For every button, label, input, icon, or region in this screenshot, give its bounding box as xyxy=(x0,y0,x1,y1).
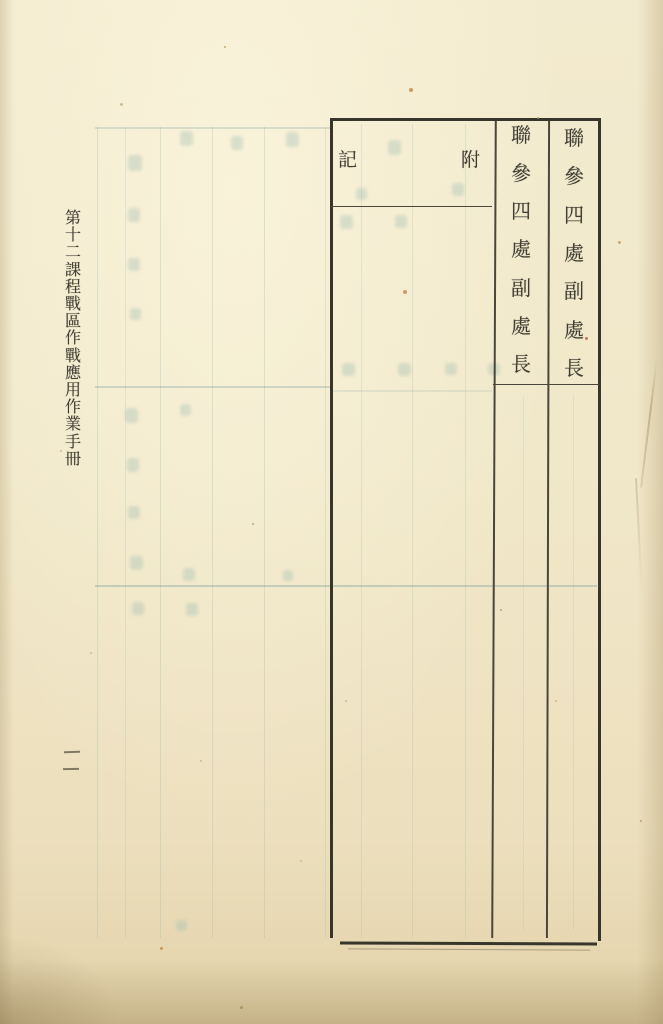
page-number-mark xyxy=(63,768,79,770)
ghost-character-blot xyxy=(127,458,139,472)
ghost-character-blot xyxy=(445,363,457,375)
paper-speck xyxy=(555,700,557,702)
scanned-document-page: 附記 聯參四處副處長 聯參四處副處長 第十二課程戰區作戰應用作業手冊 xyxy=(0,0,663,1024)
glyph: 冊 xyxy=(65,452,81,468)
ghost-character-blot xyxy=(128,506,140,519)
ghost-line xyxy=(95,127,330,129)
glyph: 記 xyxy=(338,151,357,170)
paper-speck xyxy=(403,290,407,294)
ghost-character-blot xyxy=(125,408,138,423)
signature-column-right: 聯參四處副處長 xyxy=(556,129,592,379)
ghost-character-blot xyxy=(180,404,191,416)
ghost-line xyxy=(97,127,98,938)
glyph: 十 xyxy=(65,228,81,244)
ghost-line xyxy=(95,585,597,587)
glyph: 參 xyxy=(511,164,531,184)
remarks-header: 附記 xyxy=(338,149,480,171)
ghost-character-blot xyxy=(283,570,293,581)
glyph: 四 xyxy=(511,202,531,222)
ghost-character-blot xyxy=(356,188,367,200)
paper-speck xyxy=(345,700,347,702)
table-divider-1 xyxy=(491,121,496,938)
glyph: 四 xyxy=(564,206,584,226)
glyph: 聯 xyxy=(511,126,531,146)
ghost-character-blot xyxy=(176,920,187,931)
page-edge-shading xyxy=(0,960,663,1024)
glyph: 長 xyxy=(564,359,584,379)
paper-speck xyxy=(585,337,588,340)
side-title: 第十二課程戰區作戰應用作業手冊 xyxy=(57,211,89,468)
glyph: 參 xyxy=(564,167,584,187)
glyph: 應 xyxy=(65,366,81,382)
table-border-left xyxy=(330,118,333,938)
paper-speck xyxy=(240,1006,243,1009)
glyph: 業 xyxy=(65,417,81,433)
ghost-character-blot xyxy=(180,131,193,146)
ghost-line xyxy=(361,124,362,938)
ghost-line xyxy=(333,390,492,392)
glyph: 附 xyxy=(461,151,480,170)
paper-speck xyxy=(60,450,62,452)
paper-speck xyxy=(537,117,539,119)
ghost-line xyxy=(465,124,466,938)
ghost-character-blot xyxy=(183,568,195,581)
ghost-character-blot xyxy=(340,215,353,229)
glyph: 區 xyxy=(65,314,81,330)
ghost-line xyxy=(412,124,413,938)
ghost-character-blot xyxy=(130,308,141,320)
glyph: 二 xyxy=(65,245,81,261)
ghost-character-blot xyxy=(128,208,140,222)
glyph: 用 xyxy=(65,383,81,399)
ghost-line xyxy=(160,127,161,938)
table-divider-2 xyxy=(545,121,549,938)
glyph: 手 xyxy=(65,435,81,451)
table-border-right xyxy=(598,118,601,941)
table-border-top xyxy=(330,118,600,121)
ghost-character-blot xyxy=(286,132,299,147)
page-edge-shading xyxy=(637,0,663,1024)
paper-speck xyxy=(252,523,254,525)
ghost-character-blot xyxy=(398,363,411,376)
table-border-bottom xyxy=(340,941,597,945)
paper-speck xyxy=(500,609,502,611)
paper-speck xyxy=(409,88,413,92)
ghost-line xyxy=(125,127,126,938)
paper-speck xyxy=(160,947,163,950)
glyph: 作 xyxy=(65,400,81,416)
ghost-character-blot xyxy=(452,183,464,196)
glyph: 聯 xyxy=(564,129,584,149)
ghost-character-blot xyxy=(132,602,144,615)
paper-speck xyxy=(224,46,226,48)
paper-speck xyxy=(618,241,621,244)
paper-speck xyxy=(640,820,642,822)
page-edge-shading xyxy=(0,0,14,1024)
glyph: 戰 xyxy=(65,297,81,313)
glyph: 長 xyxy=(511,355,531,375)
paper-speck xyxy=(90,652,92,654)
glyph: 程 xyxy=(65,280,81,296)
glyph: 第 xyxy=(65,211,81,227)
ghost-character-blot xyxy=(128,155,142,171)
remarks-underline xyxy=(331,206,492,208)
ghost-line xyxy=(523,395,524,930)
glyph: 處 xyxy=(511,240,531,260)
ghost-character-blot xyxy=(186,603,198,616)
ghost-line xyxy=(212,127,213,938)
glyph: 處 xyxy=(564,244,584,264)
paper-crease xyxy=(635,478,643,593)
page-edge-shading xyxy=(0,934,120,1024)
ghost-line xyxy=(264,127,265,938)
glyph: 戰 xyxy=(65,349,81,365)
page-number-mark xyxy=(64,751,80,754)
signature-underline xyxy=(493,384,599,386)
paper-crease xyxy=(640,358,658,487)
table-border-bottom-shadow xyxy=(348,948,590,950)
ghost-line xyxy=(95,386,330,388)
ghost-line xyxy=(573,395,574,930)
paper-speck xyxy=(120,103,123,106)
glyph: 課 xyxy=(65,263,81,279)
ghost-line xyxy=(325,127,326,938)
ghost-character-blot xyxy=(231,136,243,150)
glyph: 副 xyxy=(511,279,531,299)
signature-column-middle: 聯參四處副處長 xyxy=(503,126,539,375)
ghost-character-blot xyxy=(342,363,355,376)
ghost-character-blot xyxy=(130,556,143,570)
paper-speck xyxy=(200,760,202,762)
glyph: 處 xyxy=(511,317,531,337)
glyph: 處 xyxy=(564,321,584,341)
glyph: 作 xyxy=(65,331,81,347)
paper-speck xyxy=(300,860,302,862)
ghost-character-blot xyxy=(128,258,140,271)
glyph: 副 xyxy=(564,282,584,302)
ghost-character-blot xyxy=(395,215,407,228)
